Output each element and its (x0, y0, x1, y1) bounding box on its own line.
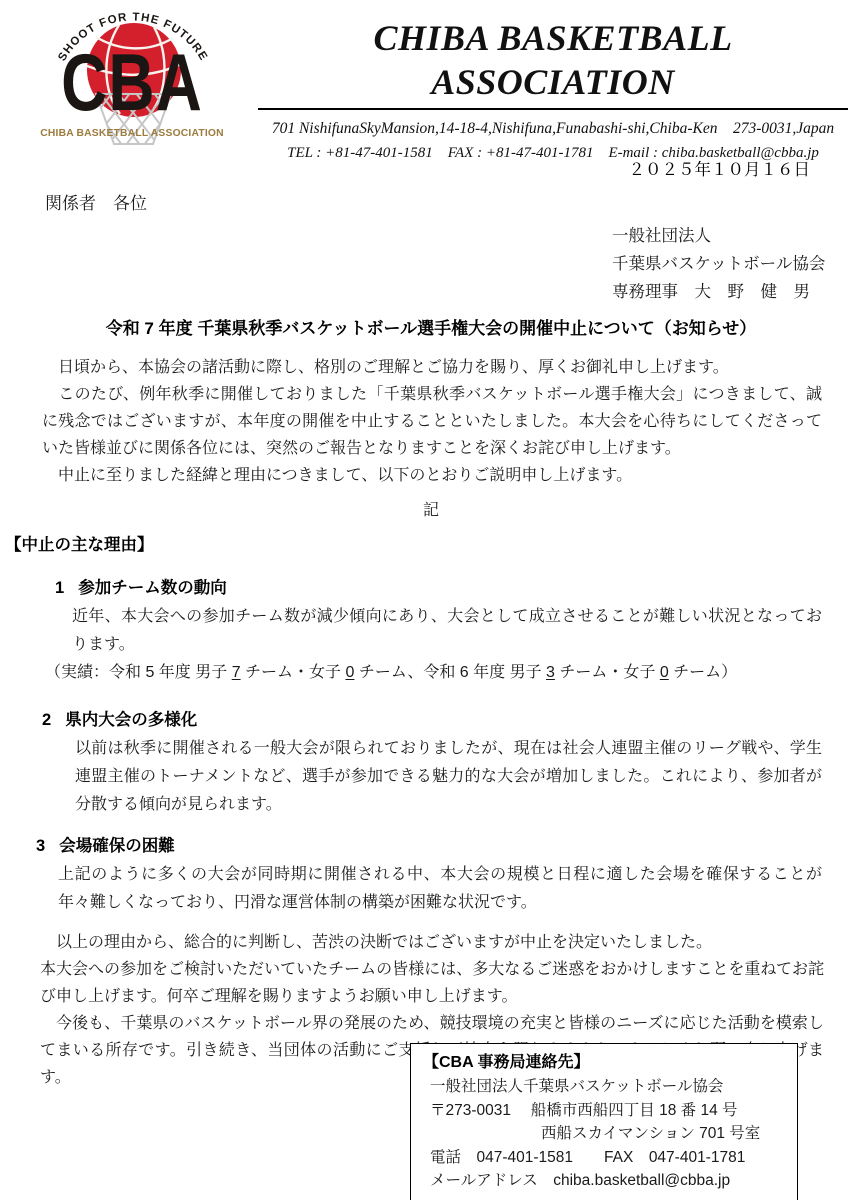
reason-number: 3 (36, 837, 45, 855)
reason-number: 1 (55, 579, 64, 597)
paragraph: このたび、例年秋季に開催しておりました「千葉県秋季バスケットボール選手権大会」に… (42, 381, 822, 462)
reason-number: 2 (42, 711, 51, 729)
sender-line: 専務理事 大 野 健 男 (612, 278, 862, 306)
logo-caption: CHIBA BASKETBALL ASSOCIATION (40, 128, 224, 139)
reason-heading: 3会場確保の困難 (36, 833, 862, 860)
org-address: 701 NishifunaSkyMansion,14-18-4,Nishifun… (258, 117, 848, 141)
sender-line: 一般社団法人 (612, 222, 862, 250)
results-text: （実績：令和 5 年度 男子 (45, 664, 232, 681)
cba-logo: SHOOT FOR THE FUTURE CBA CHIBA BASKETBAL… (26, 4, 236, 146)
org-contact: TEL : +81-47-401-1581 FAX : +81-47-401-1… (258, 141, 848, 165)
reason-heading-text: 県内大会の多様化 (65, 711, 197, 729)
letter-page: SHOOT FOR THE FUTURE CBA CHIBA BASKETBAL… (0, 0, 862, 1200)
results-text: チーム） (669, 664, 737, 681)
reason-heading: 2県内大会の多様化 (42, 707, 862, 734)
contact-box-title: 【CBA 事務局連絡先】 (423, 1051, 787, 1075)
reason-heading-text: 参加チーム数の動向 (78, 579, 227, 597)
letterhead-text: CHIBA BASKETBALL ASSOCIATION 701 Nishifu… (258, 16, 848, 165)
contact-box-line: 〒273-0031 船橋市西船四丁目 18 番 14 号 (423, 1099, 787, 1123)
document-title: 令和 7 年度 千葉県秋季バスケットボール選手権大会の開催中止について（お知らせ… (0, 316, 862, 342)
sender-block: 一般社団法人 千葉県バスケットボール協会 専務理事 大 野 健 男 (612, 222, 862, 306)
reason-section-1: 1参加チーム数の動向 近年、本大会への参加チーム数が減少傾向にあり、大会として成… (0, 575, 862, 687)
logo-acronym: CBA (61, 38, 203, 128)
reason-heading-text: 会場確保の困難 (59, 837, 175, 855)
results-text: チーム・女子 (241, 664, 346, 681)
contact-box-line: 電話 047-401-1581 FAX 047-401-1781 (423, 1146, 787, 1170)
org-name: CHIBA BASKETBALL ASSOCIATION (258, 16, 848, 110)
results-value: 3 (546, 664, 555, 681)
contact-box: 【CBA 事務局連絡先】 一般社団法人千葉県バスケットボール協会 〒273-00… (410, 1043, 798, 1200)
reason-heading: 1参加チーム数の動向 (55, 575, 862, 602)
reason-body: 上記のように多くの大会が同時期に開催される中、本大会の規模と日程に適した会場を確… (58, 861, 822, 917)
closing-paragraph: 本大会への参加をご検討いただいていたチームの皆様には、多大なるご迷惑をおかけしま… (40, 956, 824, 1010)
sender-line: 千葉県バスケットボール協会 (612, 250, 862, 278)
results-value: 0 (660, 664, 669, 681)
contact-box-line: メールアドレス chiba.basketball@cbba.jp (423, 1169, 787, 1193)
letterhead: SHOOT FOR THE FUTURE CBA CHIBA BASKETBAL… (0, 0, 862, 150)
paragraph: 中止に至りました経緯と理由につきまして、以下のとおりご説明申し上げます。 (42, 462, 822, 489)
results-text: チーム・女子 (555, 664, 660, 681)
reasons-title: 【中止の主な理由】 (5, 532, 862, 559)
results-line: （実績：令和 5 年度 男子 7 チーム・女子 0 チーム、令和 6 年度 男子… (45, 659, 832, 687)
recipient: 関係者 各位 (45, 192, 862, 216)
closing-paragraph: 以上の理由から、総合的に判断し、苦渋の決断ではございますが中止を決定いたしました… (40, 929, 824, 956)
results-value: 7 (232, 664, 241, 681)
ki-marker: 記 (0, 497, 862, 524)
paragraph: 日頃から、本協会の諸活動に際し、格別のご理解とご協力を賜り、厚くお御礼申し上げま… (42, 354, 822, 381)
reason-body: 近年、本大会への参加チーム数が減少傾向にあり、大会として成立させることが難しい状… (72, 603, 822, 659)
contact-box-line: 一般社団法人千葉県バスケットボール協会 (423, 1075, 787, 1099)
results-text: チーム、令和 6 年度 男子 (354, 664, 546, 681)
reason-section-3: 3会場確保の困難 上記のように多くの大会が同時期に開催される中、本大会の規模と日… (0, 833, 862, 917)
reason-section-2: 2県内大会の多様化 以前は秋季に開催される一般大会が限られておりましたが、現在は… (0, 707, 862, 819)
reason-body: 以前は秋季に開催される一般大会が限られておりましたが、現在は社会人連盟主催のリー… (75, 735, 822, 819)
contact-box-line: 西船スカイマンション 701 号室 (423, 1122, 787, 1146)
